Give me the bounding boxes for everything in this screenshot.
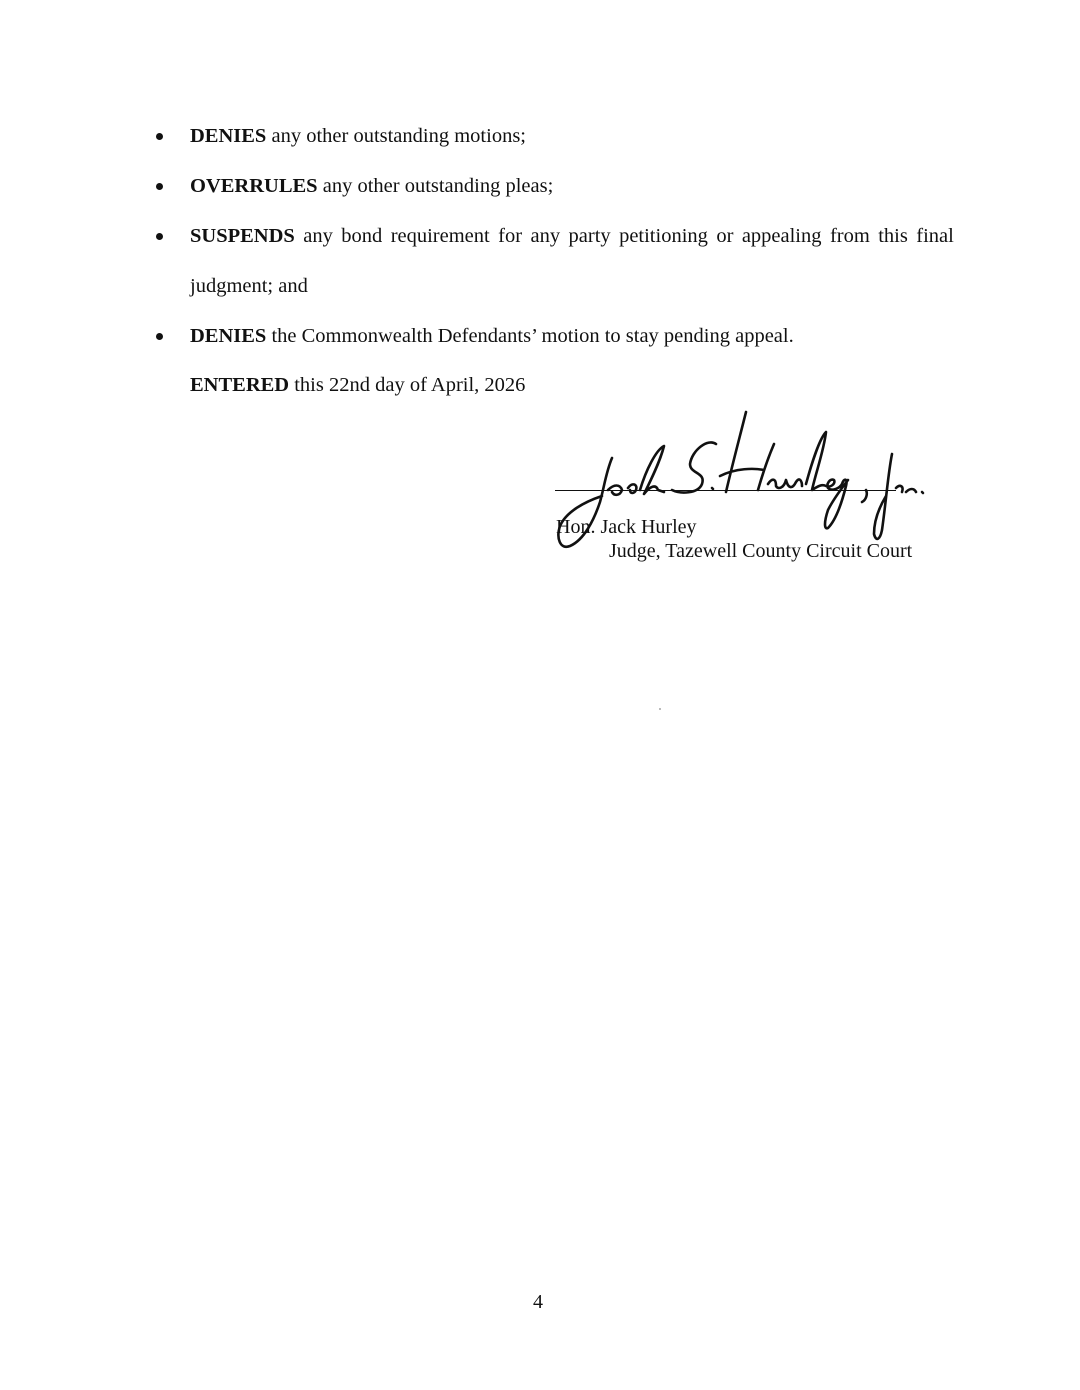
bullet-icon <box>156 233 163 240</box>
order-text: OVERRULES any other outstanding pleas; <box>190 174 553 198</box>
signer-title: Judge, Tazewell County Circuit Court <box>609 539 912 563</box>
order-word: petitioning <box>619 224 708 248</box>
order-word: this <box>878 224 908 248</box>
signature-block: Hon. Jack Hurley Judge, Tazewell County … <box>540 410 960 580</box>
bullet-icon <box>156 183 163 190</box>
entered-date-line: ENTERED this 22nd day of April, 2026 <box>190 373 525 397</box>
order-word: or <box>716 224 733 248</box>
signature-line <box>555 490 896 491</box>
order-word: from <box>830 224 870 248</box>
order-text: SUSPENDS anybondrequirementforanypartype… <box>190 224 954 248</box>
order-text: DENIES any other outstanding motions; <box>190 124 526 148</box>
order-word: bond <box>341 224 382 248</box>
order-word: final <box>916 224 954 248</box>
entered-label: ENTERED <box>190 374 289 396</box>
order-verb: DENIES <box>190 125 266 147</box>
order-word: requirement <box>391 224 490 248</box>
order-verb: DENIES <box>190 325 266 347</box>
bullet-icon <box>156 333 163 340</box>
order-word: any <box>530 224 560 248</box>
order-word: for <box>498 224 522 248</box>
entered-date: this 22nd day of April, 2026 <box>289 374 525 396</box>
page-number: 4 <box>533 1290 543 1314</box>
order-word: any <box>303 224 333 248</box>
order-text: DENIES the Commonwealth Defendants’ moti… <box>190 324 794 348</box>
order-text-continuation: judgment; and <box>190 274 308 298</box>
order-word: appealing <box>742 224 822 248</box>
bullet-icon <box>156 133 163 140</box>
signer-name: Hon. Jack Hurley <box>556 515 697 539</box>
order-verb: SUSPENDS <box>190 224 295 248</box>
order-word: party <box>569 224 611 248</box>
order-verb: OVERRULES <box>190 175 318 197</box>
document-page: DENIES any other outstanding motions; OV… <box>0 0 1080 1390</box>
scan-artifact <box>659 708 661 710</box>
